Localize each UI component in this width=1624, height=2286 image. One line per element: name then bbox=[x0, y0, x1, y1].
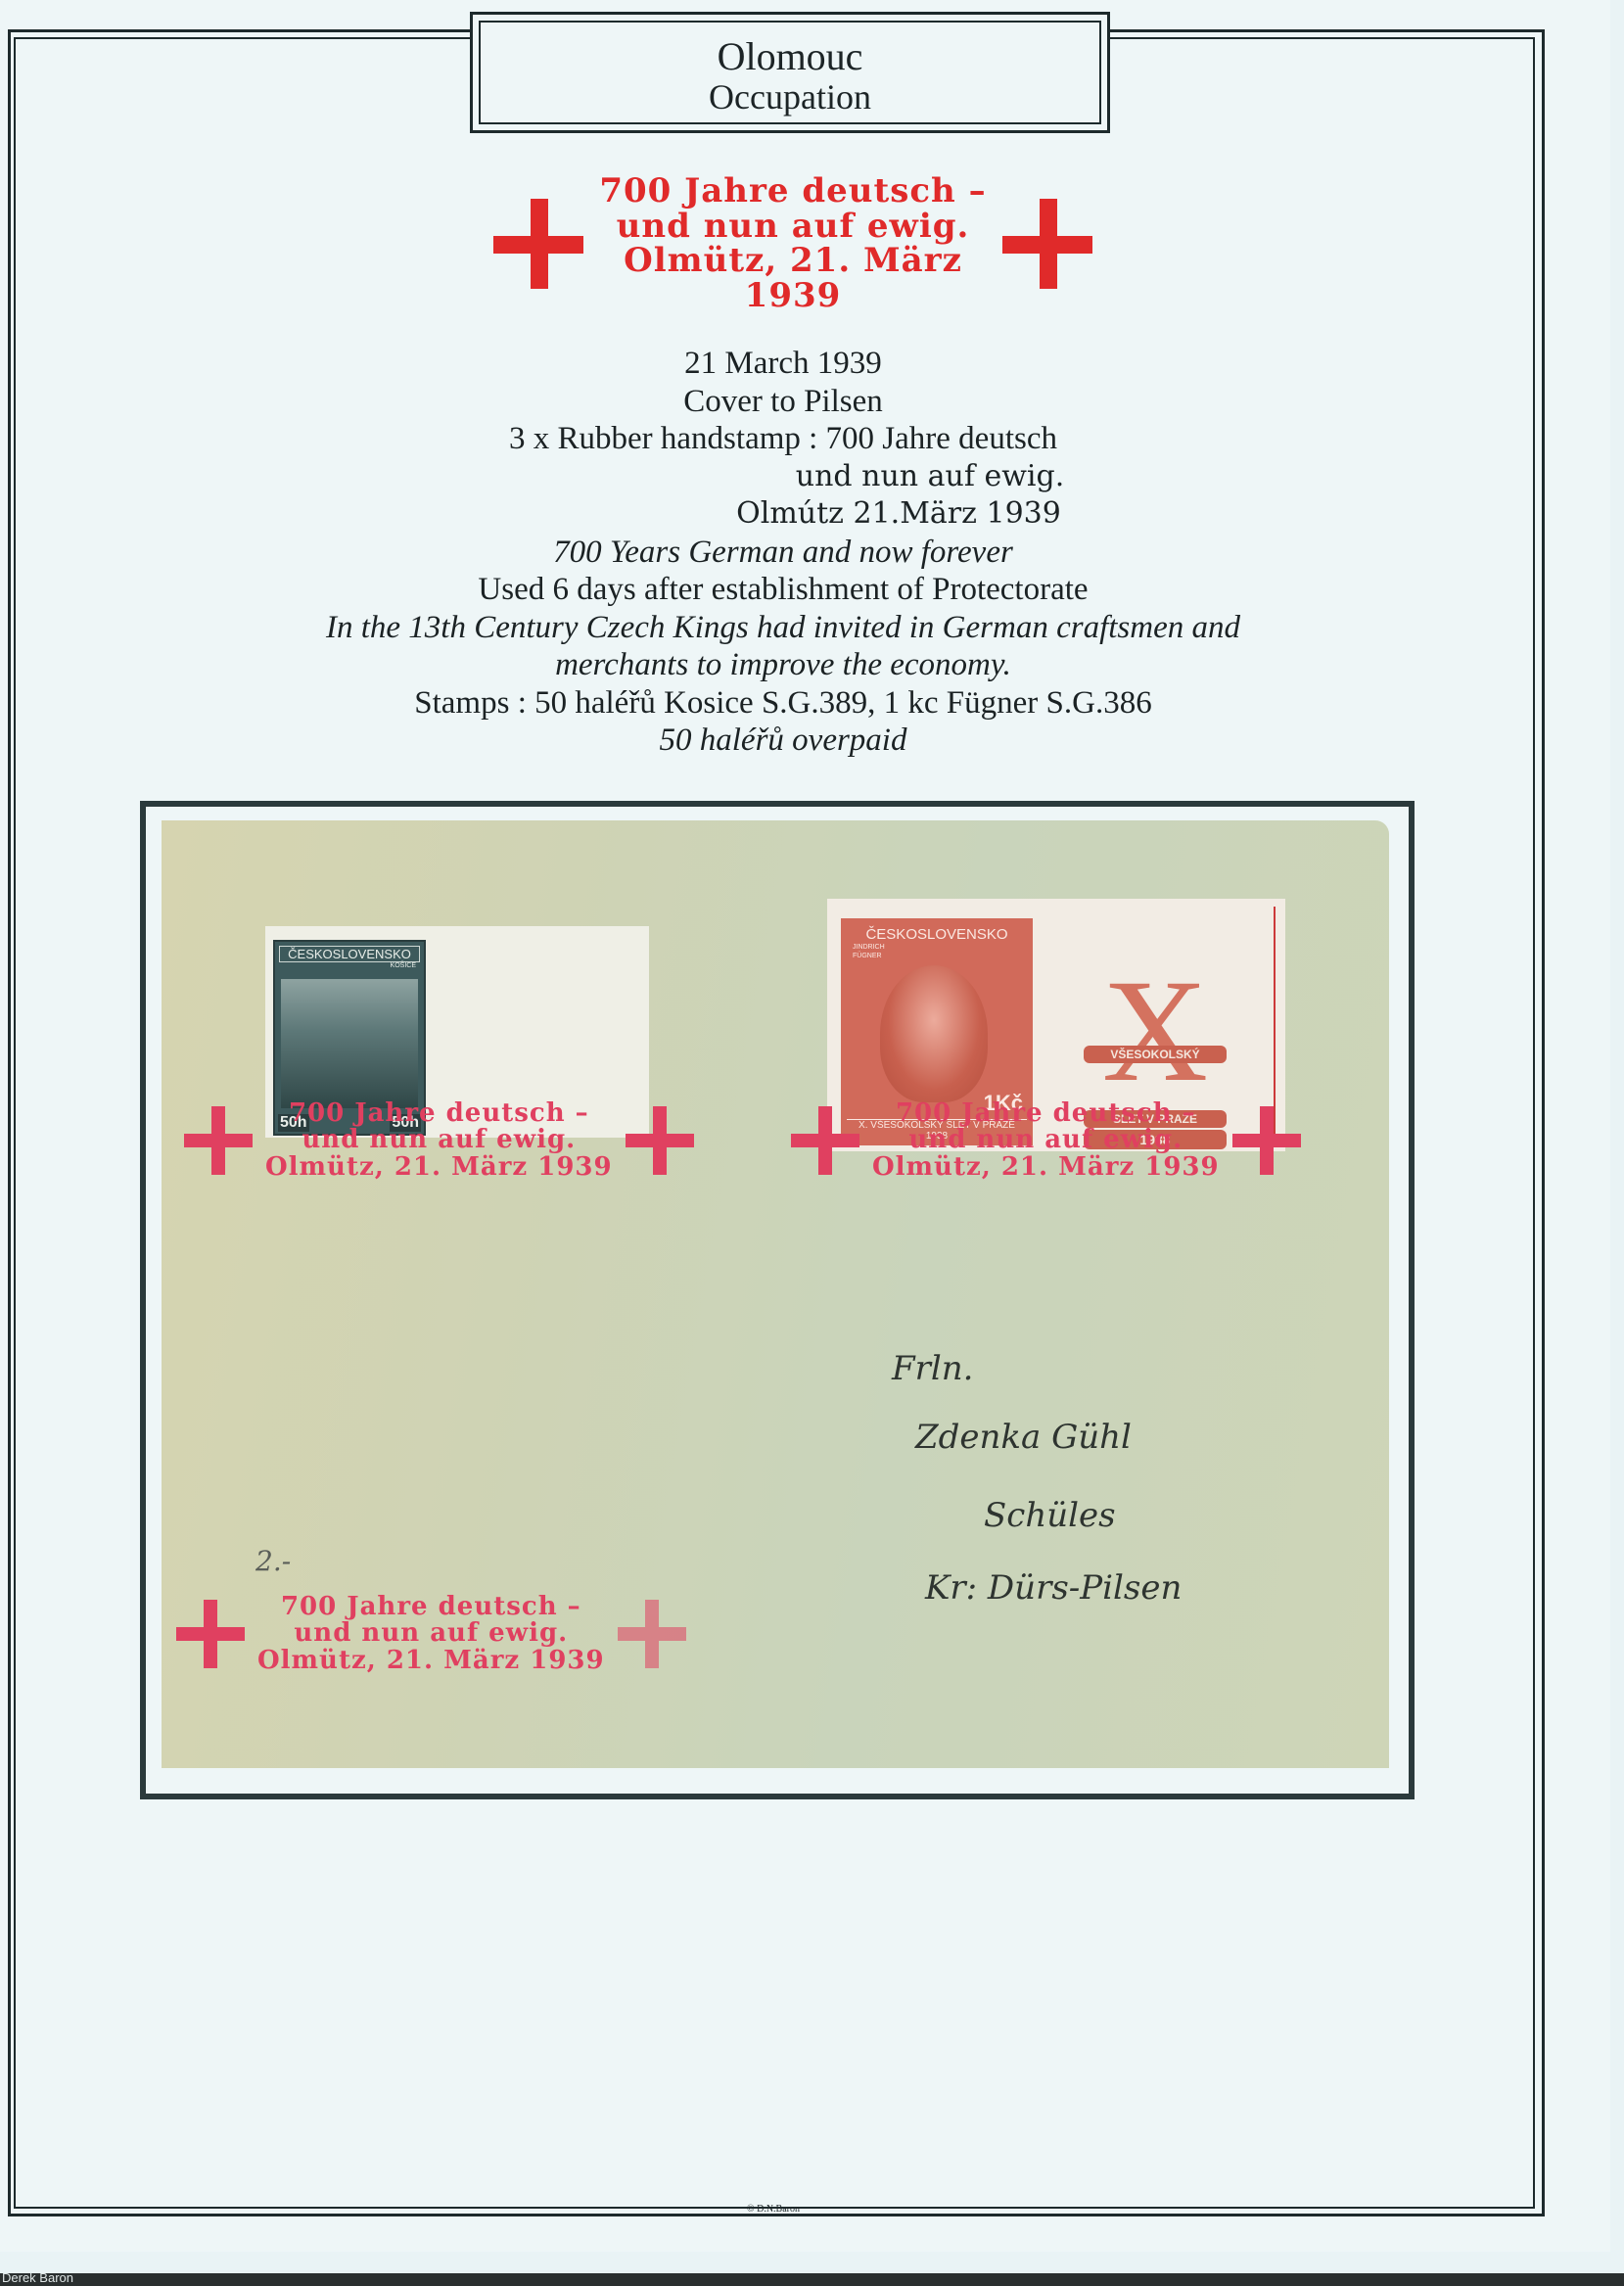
portrait-image bbox=[880, 965, 988, 1102]
address-line4: Kr: Dürs-Pilsen bbox=[925, 1568, 1182, 1608]
history-line1: In the 13th Century Czech Kings had invi… bbox=[196, 609, 1370, 647]
red-cross-mark-icon bbox=[1230, 1103, 1304, 1178]
address-line1: Frln. bbox=[892, 1349, 973, 1388]
stamp-name-line1: JINDRICH bbox=[853, 943, 1033, 952]
handstamp-line1: 700 Jahre deutsch – bbox=[597, 174, 989, 210]
page-subtitle: Occupation bbox=[481, 77, 1099, 117]
cathedral-image bbox=[281, 979, 418, 1108]
cancel-line2: und nun auf ewig. bbox=[257, 1620, 605, 1647]
handstamp-label: 3 x Rubber handstamp : 700 Jahre deutsch bbox=[196, 420, 1370, 458]
handstamp-illustration: 700 Jahre deutsch – und nun auf ewig. Ol… bbox=[489, 174, 1096, 302]
address-line2: Zdenka Gühl bbox=[915, 1418, 1132, 1457]
red-cross-mark-icon bbox=[998, 195, 1096, 293]
translation: 700 Years German and now forever bbox=[196, 534, 1370, 572]
cancel-line1: 700 Jahre deutsch – bbox=[265, 1100, 613, 1127]
stamp-country: ČESKOSLOVENSKO bbox=[279, 946, 420, 962]
handstamp-text-line2: und nun auf ewig. bbox=[196, 458, 1370, 496]
overpaid-note: 50 haléřů overpaid bbox=[196, 722, 1370, 760]
x-emblem-icon: X bbox=[1062, 957, 1248, 1104]
cancel-line1: 700 Jahre deutsch – bbox=[872, 1100, 1220, 1127]
watermark: Derek Baron bbox=[2, 2270, 73, 2285]
handstamp-line2: und nun auf ewig. bbox=[597, 210, 989, 245]
usage-note: Used 6 days after establishment of Prote… bbox=[196, 571, 1370, 609]
pencil-note: 2.- bbox=[255, 1545, 291, 1577]
handstamp-line3: Olmütz, 21. März 1939 bbox=[597, 244, 989, 313]
page-title: Olomouc bbox=[481, 36, 1099, 77]
red-cross-mark-icon bbox=[615, 1597, 689, 1671]
cancel-line3: Olmütz, 21. März 1939 bbox=[265, 1154, 613, 1181]
description-block: 21 March 1939 Cover to Pilsen 3 x Rubber… bbox=[196, 345, 1370, 760]
stamp-place: KOŠICE bbox=[275, 962, 416, 969]
cancel-line3: Olmütz, 21. März 1939 bbox=[257, 1648, 605, 1674]
copyright: © D.N.Baron bbox=[0, 2204, 1547, 2215]
red-cross-mark-icon bbox=[181, 1103, 255, 1178]
history-line2: merchants to improve the economy. bbox=[196, 646, 1370, 684]
cover-date: 21 March 1939 bbox=[196, 345, 1370, 383]
cover-destination: Cover to Pilsen bbox=[196, 383, 1370, 421]
stamps-list: Stamps : 50 haléřů Kosice S.G.389, 1 kc … bbox=[196, 684, 1370, 723]
stamp-country: ČESKOSLOVENSKO bbox=[841, 926, 1033, 943]
title-box: Olomouc Occupation bbox=[470, 12, 1110, 133]
handstamp-text-line3: Olmútz 21.März 1939 bbox=[196, 495, 1370, 534]
red-cross-mark-icon bbox=[623, 1103, 697, 1178]
cancel-line3: Olmütz, 21. März 1939 bbox=[872, 1154, 1220, 1181]
red-cross-mark-icon bbox=[173, 1597, 248, 1671]
stamp-name-line2: FÜGNER bbox=[853, 952, 1033, 960]
cancel-line2: und nun auf ewig. bbox=[265, 1127, 613, 1153]
cancel-handstamp-2: 700 Jahre deutsch – und nun auf ewig. Ol… bbox=[788, 1100, 1304, 1181]
cancel-handstamp-3: 700 Jahre deutsch – und nun auf ewig. Ol… bbox=[173, 1594, 689, 1674]
cover-mount: ČESKOSLOVENSKO KOŠICE 50h 50h ČESKOSLOVE… bbox=[140, 801, 1415, 1799]
label-band1: VŠESOKOLSKÝ bbox=[1084, 1046, 1227, 1063]
scan-edge-bar bbox=[0, 2273, 1624, 2286]
cancel-line2: und nun auf ewig. bbox=[872, 1127, 1220, 1153]
album-page: Olomouc Occupation 700 Jahre deutsch – u… bbox=[0, 0, 1610, 2252]
cancel-line1: 700 Jahre deutsch – bbox=[257, 1594, 605, 1620]
red-cross-mark-icon bbox=[489, 195, 587, 293]
red-cross-mark-icon bbox=[788, 1103, 862, 1178]
cancel-handstamp-1: 700 Jahre deutsch – und nun auf ewig. Ol… bbox=[181, 1100, 697, 1181]
address-line3: Schüles bbox=[984, 1496, 1116, 1535]
envelope: ČESKOSLOVENSKO KOŠICE 50h 50h ČESKOSLOVE… bbox=[162, 820, 1389, 1768]
